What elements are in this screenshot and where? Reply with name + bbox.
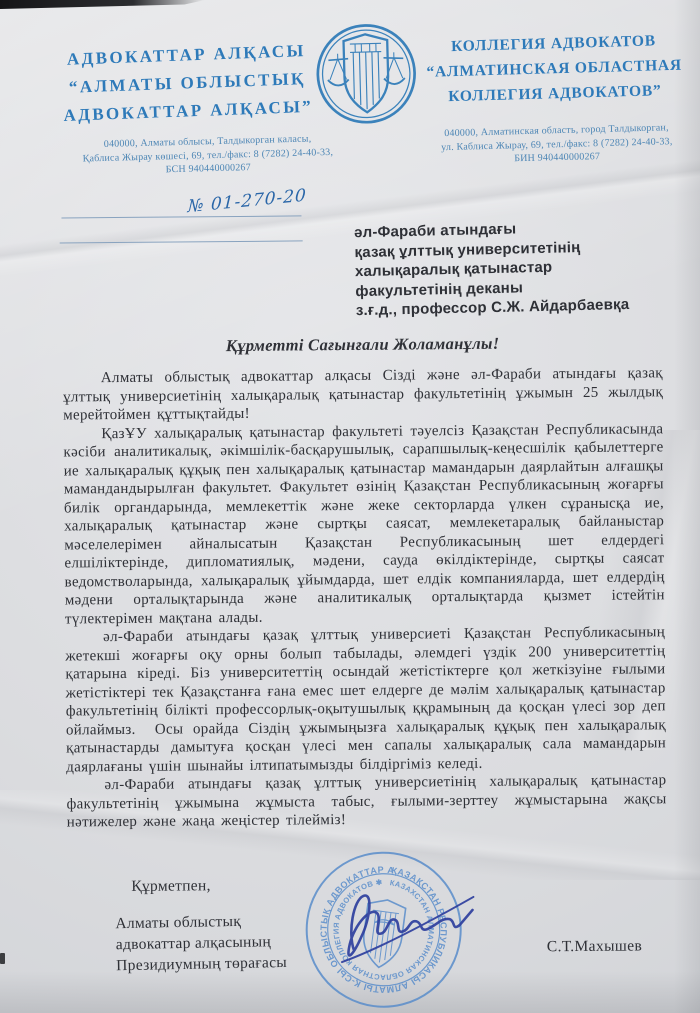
addressee-block: әл-Фараби атындағы қазақ ұлттық универси… — [354, 216, 676, 321]
paragraph-2: ҚазҰУ халықаралық қатынастар факультеті … — [63, 420, 665, 629]
date-line — [60, 239, 303, 243]
signer-name: С.Т.Махышев — [547, 937, 643, 956]
paragraph-3: әл-Фараби атындағы қазақ ұлттық универси… — [65, 623, 666, 776]
justice-scales-shield-emblem-icon — [313, 20, 420, 127]
address-kazakh: 040000, Алматы облысы, Талдыкорган калас… — [56, 131, 359, 179]
paragraph-1: Алматы облыстық адвокаттар алқасы Сізді … — [63, 364, 663, 425]
letter-content: АДВОКАТТАР АЛҚАСЫ “АЛМАТЫ ОБЛЫСТЫҚ АДВОК… — [0, 0, 700, 1013]
org-name-russian: КОЛЛЕГИЯ АДВОКАТОВ “АЛМАТИНСКАЯ ОБЛАСТНА… — [419, 27, 689, 109]
address-russian: 040000, Алматинская область, город Талды… — [410, 120, 700, 168]
handwritten-reference-number: № 01-270-20 — [187, 185, 317, 218]
salutation: Құрметті Сағынғали Жоламанұлы! — [63, 332, 663, 357]
letter-body: Алматы облыстық адвокаттар алқасы Сізді … — [63, 364, 667, 832]
reference-line — [61, 214, 301, 218]
scanned-letter-page: АДВОКАТТАР АЛҚАСЫ “АЛМАТЫ ОБЛЫСТЫҚ АДВОК… — [0, 0, 700, 1013]
closing-regards: Құрметпен, — [131, 877, 211, 896]
org-name-kazakh: АДВОКАТТАР АЛҚАСЫ “АЛМАТЫ ОБЛЫСТЫҚ АДВОК… — [47, 36, 328, 130]
paragraph-4: әл-Фараби атындағы қазақ ұлттық универси… — [66, 771, 666, 832]
handwritten-signature — [323, 869, 482, 972]
